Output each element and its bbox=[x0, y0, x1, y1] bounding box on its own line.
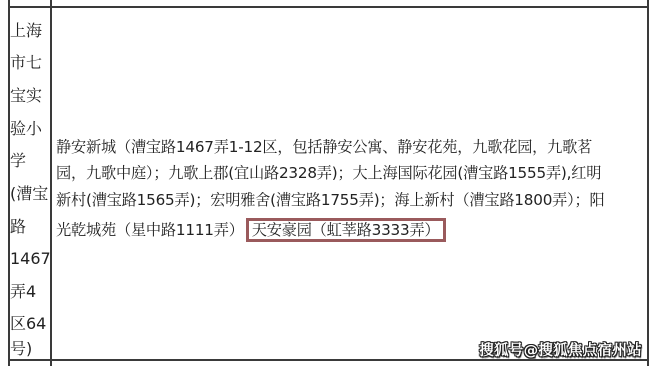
school-line: 号) bbox=[10, 340, 32, 358]
district-line: 静安新城（漕宝路1467弄1-12区，包括静安公寓、静安花苑，九歌花园，九歌茗 bbox=[56, 138, 592, 156]
school-line: (漕宝 bbox=[10, 185, 48, 203]
district-line: 园，九歌中庭）；九歌上郡(宜山路2328弄)；大上海国际花园(漕宝路1555弄)… bbox=[56, 164, 601, 182]
district-line-last: 光乾城苑（星中路1111弄）天安豪园（虹莘路3333弄） bbox=[56, 218, 446, 242]
school-line: 路 bbox=[10, 218, 26, 236]
school-district-cell: 静安新城（漕宝路1467弄1-12区，包括静安公寓、静安花苑，九歌花园，九歌茗 … bbox=[52, 8, 647, 359]
school-line: 1467 bbox=[10, 250, 51, 268]
district-line: 新村(漕宝路1565弄)；宏明雅舍(漕宝路1755弄)；海上新村（漕宝路1800… bbox=[56, 191, 605, 209]
school-line: 弄4 bbox=[10, 283, 36, 301]
watermark: 搜狐号@搜狐焦点宿州站 bbox=[479, 339, 642, 360]
highlighted-community: 天安豪园（虹莘路3333弄） bbox=[246, 218, 447, 242]
school-line: 学 bbox=[10, 152, 26, 170]
district-text: 光乾城苑（星中路1111弄） bbox=[56, 221, 244, 239]
school-line: 验小 bbox=[10, 120, 42, 138]
school-line: 宝实 bbox=[10, 87, 42, 105]
school-line: 区64 bbox=[10, 315, 46, 333]
school-line: 上海 bbox=[10, 22, 42, 40]
school-line: 市七 bbox=[10, 54, 42, 72]
school-name-cell: 上海 市七 宝实 验小 学 (漕宝 路 1467 弄4 区64 号) bbox=[10, 8, 50, 359]
